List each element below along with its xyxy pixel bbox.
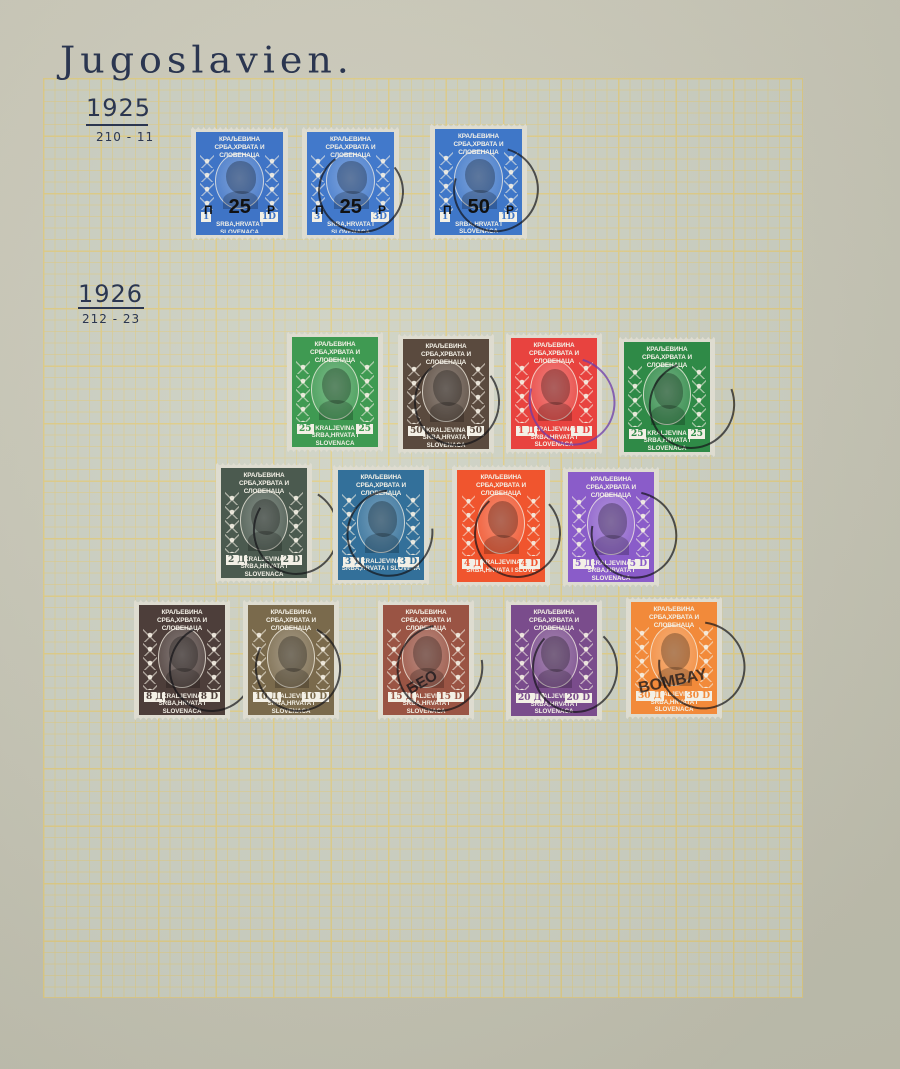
stamp-country-cyrillic: КРАЉЕВИНА [294, 341, 376, 349]
surcharge-left: П [315, 203, 324, 217]
stamp-country-cyrillic: КРАЉЕВИНА [437, 133, 520, 141]
stamp-design: КРАЉЕВИНАСРБА,ХРВАТА И СЛОВЕНАЦАKRALJEVI… [403, 339, 489, 449]
stamp-country-cyrillic: КРАЉЕВИНА [141, 609, 223, 617]
stamp-country-cyrillic: КРАЉЕВИНА [223, 472, 305, 480]
stamp-top-inscription: КРАЉЕВИНАСРБА,ХРВАТА И СЛОВЕНАЦА [633, 604, 715, 627]
ornament-left-icon [462, 494, 475, 557]
king-portrait-head [488, 501, 518, 538]
stamp-value-left: 1 Д [516, 426, 537, 436]
stamp-country-latin: SRBA,HRVATA I SLOVENACA [513, 434, 595, 449]
king-portrait-shoulders [166, 668, 200, 687]
stamp-top-inscription: КРАЉЕВИНАСРБА,ХРВАТА И СЛОВЕНАЦА [223, 470, 305, 492]
stamp-country-cyrillic: КРАЉЕВИНА [198, 136, 281, 144]
surcharge-overprint: П25P [198, 197, 281, 217]
king-portrait-shoulders [319, 400, 353, 419]
king-portrait-head [278, 636, 308, 672]
king-portrait-shoulders [248, 531, 282, 550]
ornament-left-icon [515, 361, 528, 423]
stamp-top-inscription: КРАЉЕВИНАСРБА,ХРВАТА И СЛОВЕНАЦА [198, 134, 281, 155]
surcharge-right: P [267, 203, 275, 217]
surcharge-right: P [378, 203, 386, 217]
stamp-design: КРАЉЕВИНАСРБА,ХРВАТА И СЛОВЕНАЦАSRBA,HRV… [307, 132, 394, 235]
ornament-right-icon [207, 628, 220, 690]
surcharge-left: П [443, 203, 452, 217]
stamp-top-inscription: КРАЉЕВИНАСРБА,ХРВАТА И СЛОВЕНАЦА [513, 340, 595, 362]
king-portrait-shoulders [658, 667, 692, 686]
ornament-right-icon [289, 491, 302, 553]
stamp-design: КРАЉЕВИНАСРБА,ХРВАТА И СЛОВЕНАЦАKRALJEVI… [248, 605, 334, 715]
ornament-left-icon [342, 493, 355, 555]
stamp-value-left: 8 Д [144, 692, 165, 702]
ornament-right-icon [636, 495, 649, 557]
king-portrait-head [337, 161, 367, 195]
ornament-right-icon [471, 362, 484, 424]
surcharge-right: P [506, 203, 514, 217]
stamp-top-inscription: КРАЉЕВИНАСРБА,ХРВАТА И СЛОВЕНАЦА [459, 472, 543, 495]
stamp-value-right: 15 D [437, 692, 464, 702]
king-portrait-head [598, 503, 628, 539]
stamp-value-right: 3 D [398, 557, 419, 567]
king-portrait-head [433, 370, 463, 406]
king-portrait-shoulders [538, 669, 572, 688]
stamp-top-inscription: КРАЉЕВИНАСРБА,ХРВАТА И СЛОВЕНАЦА [250, 607, 332, 629]
king-portrait-shoulders [430, 402, 464, 421]
stamp[interactable]: КРАЉЕВИНАСРБА,ХРВАТА И СЛОВЕНАЦАSRBA,HRV… [191, 127, 288, 240]
stamp-country-latin: SRBA,HRVATA I SLOVENACA [198, 221, 281, 235]
stamp-value-left: 50 [408, 426, 425, 436]
page-title: Jugoslavien. [60, 39, 354, 81]
stamp-design: КРАЉЕВИНАСРБА,ХРВАТА И СЛОВЕНАЦАSRBA,HRV… [196, 132, 283, 235]
king-portrait-head [368, 501, 398, 537]
stamp-country-cyrillic: КРАЉЕВИНА [459, 474, 543, 482]
stamp-country-cyrillic: КРАЉЕВИНА [405, 343, 487, 351]
king-portrait-head [661, 633, 691, 670]
stamp-value-right: 30 D [685, 691, 712, 701]
stamp-design: КРАЉЕВИНАСРБА,ХРВАТА И СЛОВЕНАЦАKRALJEVI… [292, 337, 378, 447]
stamp-value-right: 8 D [199, 692, 220, 702]
ornament-right-icon [692, 365, 705, 427]
ornament-left-icon [635, 626, 648, 689]
stamp-value-right: 25 [688, 429, 705, 439]
stamp-design: КРАЉЕВИНАСРБА,ХРВАТА И СЛОВЕНАЦАKRALJEVI… [383, 605, 469, 715]
king-portrait-head [226, 161, 256, 195]
ornament-left-icon [225, 491, 238, 553]
king-portrait-shoulders [275, 668, 309, 687]
stamp-value-left: 30 Д [636, 691, 664, 701]
stamp-country-latin: SRBA,HRVATA I SLOVENACA [250, 700, 332, 715]
stamp[interactable]: КРАЉЕВИНАСРБА,ХРВАТА И СЛОВЕНАЦАKRALJEVI… [452, 465, 550, 587]
stamp-design: КРАЉЕВИНАСРБА,ХРВАТА И СЛОВЕНАЦАKRALJEVI… [338, 470, 424, 580]
section-year-1925: 1925 [86, 94, 151, 122]
catalogue-numbers-1926: 212 - 23 [82, 312, 140, 326]
stamp[interactable]: КРАЉЕВИНАСРБА,ХРВАТА И СЛОВЕНАЦАKRALJEVI… [378, 600, 474, 720]
surcharge-value: 50 [468, 197, 490, 217]
king-portrait-shoulders [484, 535, 519, 554]
ornament-left-icon [628, 365, 641, 427]
stamp-design: КРАЉЕВИНАСРБА,ХРВАТА И СЛОВЕНАЦАKRALJEVI… [139, 605, 225, 715]
stamp-country-latin: SRBA,HRVATA I SLOVENACA [437, 221, 520, 235]
stamp-country-cyrillic: КРАЉЕВИНА [570, 476, 652, 484]
ornament-left-icon [143, 628, 156, 690]
king-portrait-head [541, 369, 571, 405]
stamp-value-left: 20 Д [516, 693, 544, 703]
stamp-country-latin: SRBA,HRVATA I SLOVENACA [309, 221, 392, 235]
stamp-design: КРАЉЕВИНАСРБА,ХРВАТА И СЛОВЕНАЦАKRALJEVI… [631, 602, 717, 714]
stamp-top-inscription: КРАЉЕВИНАСРБА,ХРВАТА И СЛОВЕНАЦА [141, 607, 223, 629]
stamp-country-latin: SRBA,HRVATA I SLOVENACA [626, 437, 708, 452]
stamp[interactable]: КРАЉЕВИНАСРБА,ХРВАТА И СЛОВЕНАЦАKRALJEVI… [134, 600, 230, 720]
stamp[interactable]: КРАЉЕВИНАСРБА,ХРВАТА И СЛОВЕНАЦАKRALJEVI… [398, 334, 494, 454]
stamp-country-cyrillic: КРАЉЕВИНА [340, 474, 422, 482]
king-portrait-head [169, 636, 199, 672]
ornament-left-icon [296, 360, 309, 422]
surcharge-value: 25 [340, 197, 362, 217]
stamp-top-inscription: КРАЉЕВИНАСРБА,ХРВАТА И СЛОВЕНАЦА [570, 474, 652, 496]
stamp-value-left: 5 Д [573, 559, 594, 569]
stamp[interactable]: КРАЉЕВИНАСРБА,ХРВАТА И СЛОВЕНАЦАSRBA,HRV… [430, 124, 527, 240]
stamp-design: КРАЉЕВИНАСРБА,ХРВАТА И СЛОВЕНАЦАKRALJEVI… [511, 605, 597, 716]
king-portrait-head [322, 368, 352, 404]
stamp[interactable]: КРАЉЕВИНАСРБА,ХРВАТА И СЛОВЕНАЦАKRALJEVI… [563, 467, 659, 587]
stamp-country-cyrillic: КРАЉЕВИНА [250, 609, 332, 617]
king-portrait-head [654, 373, 684, 409]
stamp-top-inscription: КРАЉЕВИНАСРБА,ХРВАТА И СЛОВЕНАЦА [385, 607, 467, 629]
stamp[interactable]: КРАЉЕВИНАСРБА,ХРВАТА И СЛОВЕНАЦАKRALJEVI… [626, 597, 722, 719]
stamp-country-latin: SRBA,HRVATA I SLOVENACA [405, 434, 487, 449]
ornament-left-icon [407, 362, 420, 424]
ornament-left-icon [387, 628, 400, 690]
stamp-value-left: 10 Д [253, 692, 281, 702]
ornament-right-icon [316, 628, 329, 690]
stamp-country-latin: SRBA,HRVATA I SLOVENACA [385, 700, 467, 715]
catalogue-numbers-1925: 210 - 11 [96, 130, 154, 144]
ornament-right-icon [527, 494, 540, 557]
surcharge-overprint: П50P [437, 197, 520, 217]
stamp-top-inscription: КРАЉЕВИНАСРБА,ХРВАТА И СЛОВЕНАЦА [405, 341, 487, 363]
stamp-country-latin: SRBA,HRVATA I SLOVENACA [570, 567, 652, 582]
stamp-value-right: 1 D [571, 426, 592, 436]
stamp-top-inscription: КРАЉЕВИНАСРБА,ХРВАТА И СЛОВЕНАЦА [513, 607, 595, 629]
surcharge-left: П [204, 203, 213, 217]
stamp-country-latin: SRBA,HRVATA I SLOVENACA [223, 563, 305, 578]
stamp[interactable]: КРАЉЕВИНАСРБА,ХРВАТА И СЛОВЕНАЦАKRALJEVI… [287, 332, 383, 452]
stamp-country-latin: SRBA,HRVATA I SLOVENACA [294, 432, 376, 447]
section-year-1926: 1926 [78, 280, 143, 308]
ornament-right-icon [360, 360, 373, 422]
stamp-value-right: 2 D [281, 555, 302, 565]
king-portrait-shoulders [365, 533, 399, 552]
ornament-right-icon [406, 493, 419, 555]
stamp-design: КРАЉЕВИНАСРБА,ХРВАТА И СЛОВЕНАЦАKRALJEVI… [624, 342, 710, 452]
year-underline-1926 [78, 307, 144, 309]
king-portrait-head [541, 636, 571, 672]
stamp-design: КРАЉЕВИНАСРБА,ХРВАТА И СЛОВЕНАЦАKRALJEVI… [511, 338, 597, 449]
stamp-design: КРАЉЕВИНАСРБА,ХРВАТА И СЛОВЕНАЦАKRALJEVI… [221, 468, 307, 578]
ornament-right-icon [451, 628, 464, 690]
stamp-country-latin: SRBA,HRVATA I SLOVENACA [633, 699, 715, 714]
stamp[interactable]: КРАЉЕВИНАСРБА,ХРВАТА И СЛОВЕНАЦАKRALJEVI… [216, 463, 312, 583]
stamp-value-left: 25 [629, 429, 646, 439]
stamp-country-latin: SRBA,HRVATA I SLOVENACA [141, 700, 223, 715]
stamp-value-left: 4 Д [462, 559, 483, 569]
stamp-top-inscription: КРАЉЕВИНАСРБА,ХРВАТА И СЛОВЕНАЦА [437, 131, 520, 152]
stamp-value-right: 10 D [302, 692, 329, 702]
stamp-top-inscription: КРАЉЕВИНАСРБА,ХРВАТА И СЛОВЕНАЦА [340, 472, 422, 494]
ornament-left-icon [252, 628, 265, 690]
stamp-country-cyrillic: КРАЉЕВИНА [626, 346, 708, 354]
ornament-right-icon [579, 361, 592, 423]
ornament-right-icon [579, 628, 592, 690]
stamp-value-right: 25 [356, 424, 373, 434]
surcharge-value: 25 [229, 197, 251, 217]
stamp-country-cyrillic: КРАЉЕВИНА [633, 606, 715, 614]
stamp-value-left: 15 Д [388, 692, 416, 702]
stamp-design: КРАЉЕВИНАСРБА,ХРВАТА И СЛОВЕНАЦАKRALJEVI… [457, 470, 545, 582]
king-portrait-shoulders [410, 668, 444, 687]
stamp-design: КРАЉЕВИНАСРБА,ХРВАТА И СЛОВЕНАЦАKRALJEVI… [568, 472, 654, 582]
stamp[interactable]: КРАЉЕВИНАСРБА,ХРВАТА И СЛОВЕНАЦАKRALJEVI… [333, 465, 429, 585]
stamp-country-latin: SRBA,HRVATA I SLOVENACA [513, 701, 595, 716]
stamp-value-left: 2 Д [226, 555, 247, 565]
stamp-top-inscription: КРАЉЕВИНАСРБА,ХРВАТА И СЛОВЕНАЦА [626, 344, 708, 366]
year-underline-1925 [86, 124, 148, 126]
ornament-left-icon [572, 495, 585, 557]
king-portrait-shoulders [651, 405, 685, 424]
stamp[interactable]: КРАЉЕВИНАСРБА,ХРВАТА И СЛОВЕНАЦАKRALJEVI… [506, 600, 602, 721]
king-portrait-shoulders [538, 402, 572, 421]
stamp-top-inscription: КРАЉЕВИНАСРБА,ХРВАТА И СЛОВЕНАЦА [309, 134, 392, 155]
stamp[interactable]: КРАЉЕВИНАСРБА,ХРВАТА И СЛОВЕНАЦАKRALJEVI… [506, 333, 602, 454]
stamp[interactable]: КРАЉЕВИНАСРБА,ХРВАТА И СЛОВЕНАЦАKRALJEVI… [243, 600, 339, 720]
king-portrait-shoulders [595, 535, 629, 554]
stamp-country-cyrillic: КРАЉЕВИНА [385, 609, 467, 617]
stamp-value-left: 3 Д [343, 557, 364, 567]
stamp-country-cyrillic: КРАЉЕВИНА [513, 342, 595, 350]
stamp-value-right: 20 D [565, 693, 592, 703]
stamp-value-left: 25 [297, 424, 314, 434]
stamp-design: КРАЉЕВИНАСРБА,ХРВАТА И СЛОВЕНАЦАSRBA,HRV… [435, 129, 522, 235]
stamp-top-inscription: КРАЉЕВИНАСРБА,ХРВАТА И СЛОВЕНАЦА [294, 339, 376, 361]
king-portrait-head [251, 499, 281, 535]
stamp-value-right: 50 [467, 426, 484, 436]
ornament-right-icon [699, 626, 712, 689]
stamp-country-cyrillic: КРАЉЕВИНА [309, 136, 392, 144]
ornament-left-icon [515, 628, 528, 690]
stamp[interactable]: КРАЉЕВИНАСРБА,ХРВАТА И СЛОВЕНАЦАKRALJEVI… [619, 337, 715, 457]
surcharge-overprint: П25P [309, 197, 392, 217]
king-portrait-head [413, 636, 443, 672]
stamp-value-right: 4 D [519, 559, 540, 569]
stamp-country-cyrillic: КРАЉЕВИНА [513, 609, 595, 617]
stamp[interactable]: КРАЉЕВИНАСРБА,ХРВАТА И СЛОВЕНАЦАSRBA,HRV… [302, 127, 399, 240]
king-portrait-head [465, 159, 495, 194]
stamp-value-right: 5 D [628, 559, 649, 569]
